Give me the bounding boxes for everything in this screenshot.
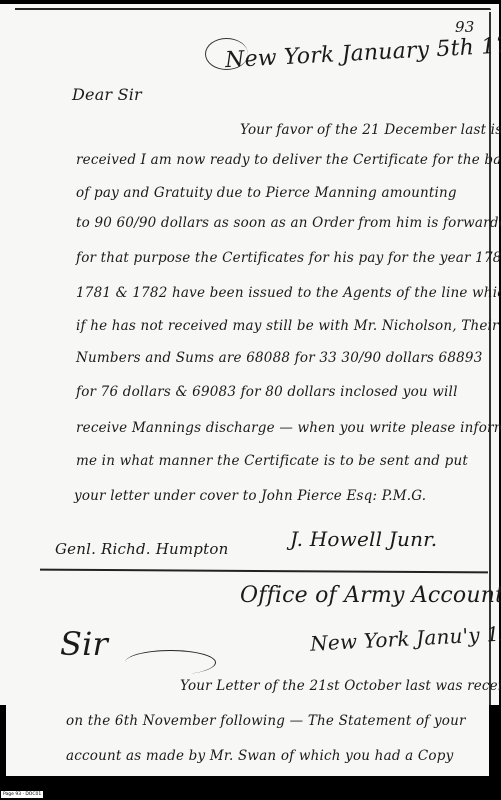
letter1-line: Numbers and Sums are 68088 for 33 30/90 …: [76, 350, 482, 366]
letter1-line: Your favor of the 21 December last is du…: [240, 122, 501, 138]
letter1-line: receive Mannings discharge — when you wr…: [76, 420, 501, 436]
letter2-salutation: Sir: [60, 625, 108, 663]
letter1-line: 1781 & 1782 have been issued to the Agen…: [76, 285, 501, 301]
footer-page-label: Page 93 · DOC01: [1, 791, 43, 798]
letter1-line: your letter under cover to John Pierce E…: [74, 488, 426, 504]
letter2-line: on the 6th November following — The Stat…: [66, 713, 466, 729]
letter1-salutation: Dear Sir: [72, 85, 142, 104]
letter1-line: for that purpose the Certificates for hi…: [76, 250, 501, 266]
letter2-heading: Office of Army Accounts: [240, 583, 501, 608]
letter1-line: to 90 60/90 dollars as soon as an Order …: [76, 215, 501, 231]
scan-border-right: [489, 705, 501, 777]
letter1-line: received I am now ready to deliver the C…: [76, 152, 501, 168]
letter1-signature: J. Howell Junr.: [290, 527, 437, 551]
letter1-line: for 76 dollars & 69083 for 80 dollars in…: [76, 384, 458, 400]
letter1-line: if he has not received may still be with…: [76, 318, 499, 334]
letter2-line: Your Letter of the 21st October last was…: [180, 678, 501, 694]
letter1-line: me in what manner the Certificate is to …: [76, 453, 468, 469]
scan-border-bottom: [0, 776, 501, 800]
flourish-ornament: [125, 650, 216, 675]
page-top-edge: [15, 8, 491, 10]
letter1-addressee: Genl. Richd. Humpton: [55, 540, 228, 558]
letter1-line: of pay and Gratuity due to Pierce Mannin…: [76, 185, 457, 201]
letter2-line: account as made by Mr. Swan of which you…: [66, 748, 453, 764]
page-number: 93: [455, 18, 475, 36]
